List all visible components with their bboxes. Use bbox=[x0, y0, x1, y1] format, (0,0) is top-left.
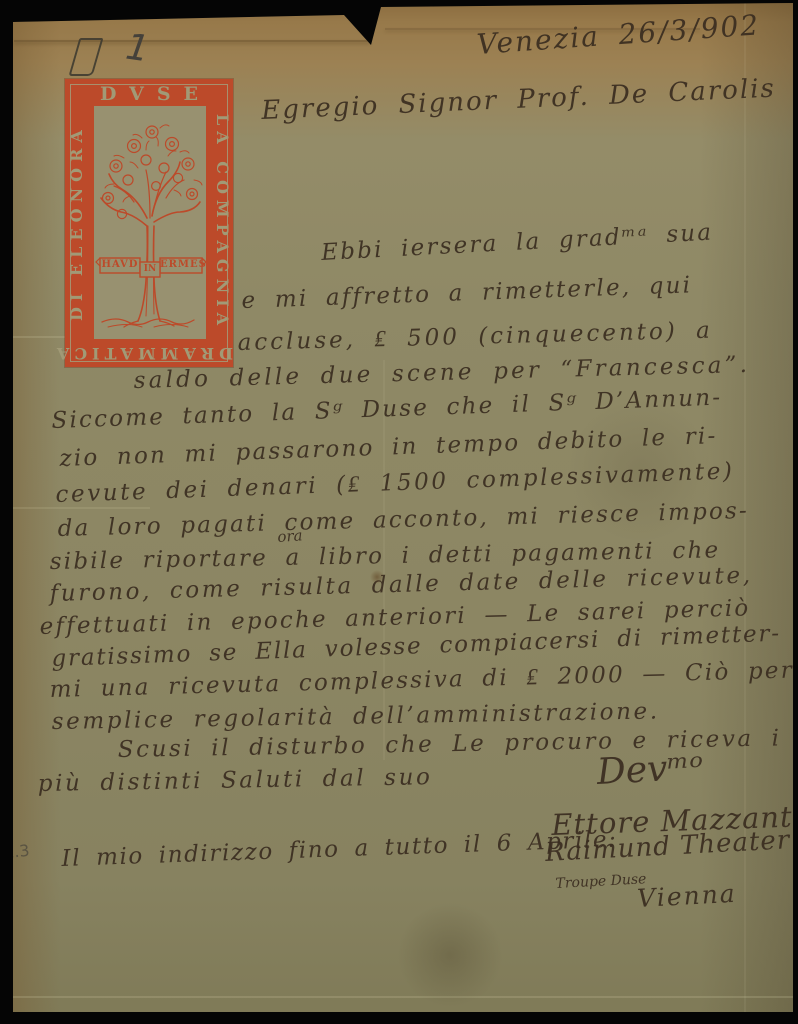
handwritten-line: semplice regolarità dell’amministrazione… bbox=[52, 698, 660, 735]
handwritten-ps-city: Vienna bbox=[636, 879, 737, 913]
stamp-inner-panel: HAVD IN ERMES bbox=[93, 105, 207, 340]
handwritten-ps-theater: Raimund Theater bbox=[544, 825, 791, 868]
stamp-word-right: LA COMPAGNIA bbox=[204, 109, 232, 337]
handwritten-insertion: ora bbox=[277, 526, 303, 546]
pencil-archive-mark bbox=[69, 38, 104, 76]
duse-company-stamp: DVSE LA COMPAGNIA DRAMMATICA DI ELEONORA bbox=[65, 79, 233, 367]
handwritten-line: furono, come risulta dalle date delle ri… bbox=[49, 563, 753, 607]
handwritten-line: effettuati in epoche anteriori — Le sare… bbox=[39, 595, 750, 640]
handwritten-ps-address-label: Il mio indirizzo fino a tutto il 6 April… bbox=[61, 827, 618, 872]
handwritten-line: Scusi il disturbo che Le procuro e ricev… bbox=[118, 725, 782, 763]
pencil-corner-mark: 1.3 bbox=[3, 841, 30, 863]
crease-line bbox=[0, 507, 150, 509]
handwritten-line: zio non mi passarono in tempo debito le … bbox=[59, 423, 718, 472]
top-fold-edge-right bbox=[385, 28, 700, 30]
handwritten-valediction: Devᵐᵒ bbox=[596, 746, 704, 793]
stamp-word-bottom: DRAMMATICA bbox=[65, 344, 233, 363]
handwritten-line: Ebbi iersera la gradᵐᵃ sua bbox=[321, 219, 714, 266]
handwritten-dateline: Venezia 26/3/902 bbox=[476, 8, 762, 61]
handwritten-line: saldo delle due scene per “Francesca”. bbox=[133, 352, 750, 394]
scanned-letter-page: 1 1.3 DVSE LA COMPAGNIA DRAMMATICA DI EL… bbox=[0, 0, 798, 1024]
crease-line bbox=[0, 336, 210, 338]
stamp-word-top: DVSE bbox=[65, 83, 233, 105]
handwritten-line: più distinti Saluti dal suo bbox=[38, 764, 433, 797]
handwritten-signature: Ettore Mazzanti: bbox=[551, 799, 798, 842]
crease-line bbox=[744, 0, 746, 1024]
top-fold-edge bbox=[14, 40, 370, 42]
stamp-word-left: DI ELEONORA bbox=[67, 109, 95, 337]
handwritten-line: da loro pagati come acconto, mi riesce i… bbox=[57, 498, 749, 542]
handwritten-salutation: Egregio Signor Prof. De Carolis bbox=[261, 74, 777, 126]
stamp-motto-right: ERMES bbox=[160, 259, 202, 270]
letter-paper: 1 1.3 DVSE LA COMPAGNIA DRAMMATICA DI EL… bbox=[0, 0, 798, 1024]
stamp-pinstripe-border bbox=[70, 84, 228, 362]
handwritten-ps-troupe: Troupe Duse bbox=[555, 871, 647, 892]
handwritten-line: e mi affretto a rimetterle, qui bbox=[241, 272, 693, 314]
handwritten-line: gratissimo se Ella volesse compiacersi d… bbox=[51, 621, 781, 672]
crease-line bbox=[13, 996, 793, 998]
stamp-motto-left: HAVD bbox=[100, 259, 140, 270]
handwritten-line: cevute dei denari (₤ 1500 complessivamen… bbox=[55, 458, 735, 508]
pencil-number: 1 bbox=[123, 27, 151, 71]
flowering-tree-icon bbox=[94, 106, 206, 339]
stamp-motto-center: IN bbox=[140, 264, 160, 274]
crease-line bbox=[383, 360, 385, 760]
handwritten-line: mi una ricevuta complessiva di ₤ 2000 — … bbox=[49, 658, 794, 703]
handwritten-line: accluse, ₤ 500 (cinquecento) a bbox=[237, 318, 713, 356]
handwritten-line: sibile riportare a libro i detti pagamen… bbox=[50, 537, 721, 575]
handwritten-line: Siccome tanto la Sᵍ Duse che il Sᵍ D’Ann… bbox=[51, 385, 723, 434]
